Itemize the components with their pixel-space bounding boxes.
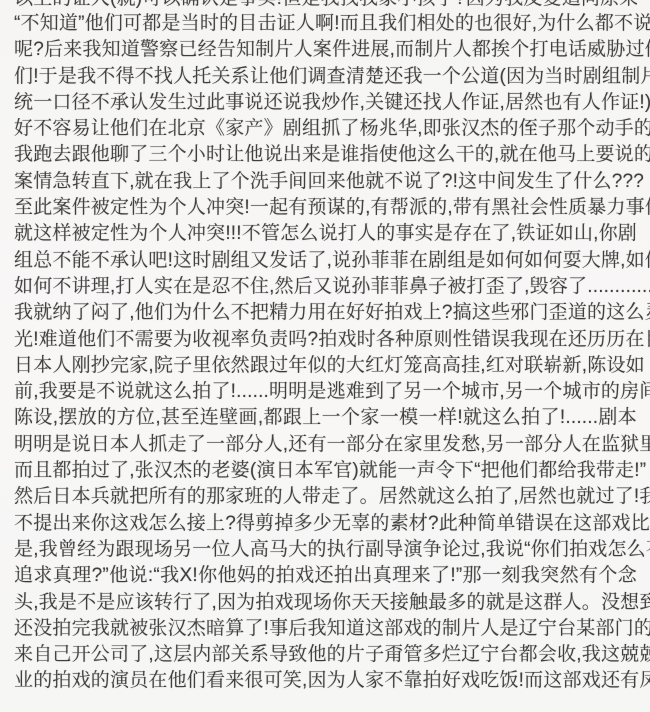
text-line: 就这样被定性为个人冲突!!!不管怎么说打人的事实是存在了,铁证如山,你剧 xyxy=(14,221,637,247)
text-line: 如何不讲理,打人实在是忍不住,然后又说孙菲菲鼻子被打歪了,毁容了........… xyxy=(14,274,637,300)
text-line: 业的拍戏的演员在他们看来很可笑,因为人家不靠拍好戏吃饭!而这部戏还有凤城 xyxy=(14,668,637,694)
text-line: 而且都拍过了,张汉杰的老婆(演日本军官)就能一声令下“把他们都给我带走!” xyxy=(14,458,637,484)
text-line: “不知道”他们可都是当时的目击证人啊!而且我们相处的也很好,为什么都不说 xyxy=(14,11,637,37)
text-line: 日本人刚抄完家,院子里依然跟过年似的大红灯笼高高挂,红对联崭新,陈设如 xyxy=(14,353,637,379)
text-line: 来自己开公司了,这层内部关系导致他的片子甭管多烂辽宁台都会收,我这兢兢业 xyxy=(14,642,637,668)
text-line: 追求真理?”他说:“我X!你他妈的拍戏还拍出真理来了!”那一刻我突然有个念 xyxy=(14,563,637,589)
text-line: 呢?后来我知道警察已经告知制片人案件进展,而制片人都挨个打电话威胁过他 xyxy=(14,37,637,63)
text-line: 案情急转直下,就在我上了个洗手间回来他就不说了?!这中间发生了什么??? xyxy=(14,169,637,195)
text-line: 陈设,摆放的方位,甚至连壁画,都跟上一个家一模一样!就这么拍了!......剧本 xyxy=(14,405,637,431)
text-line: 以上的证人(就)可以确认是事实!但是我找我家小孩子?因为我反复追问原来每一个人都… xyxy=(14,0,637,11)
text-line: 组总不能不承认吧!这时剧组又发话了,说孙菲菲在剧组是如何如何耍大牌,如何 xyxy=(14,248,637,274)
clipped-first-line: 以上的证人(就)可以确认是事实!但是我找我家小孩子?因为我反复追问原来每一个人都… xyxy=(14,0,637,11)
text-line: 统一口径不承认发生过此事说还说我炒作,关键还找人作证,居然也有人作证!) xyxy=(14,90,637,116)
text-line: 我跑去跟他聊了三个小时让他说出来是谁指使他这么干的,就在他马上要说的时候 xyxy=(14,142,637,168)
text-line: 明明是说日本人抓走了一部分人,还有一部分在家里发愁,另一部分人在监狱里, xyxy=(14,432,637,458)
text-line: 们!于是我不得不找人托关系让他们调查清楚还我一个公道(因为当时剧组制片人 xyxy=(14,64,637,90)
text-line: 至此案件被定性为个人冲突!一起有预谋的,有帮派的,带有黑社会性质暴力事件 xyxy=(14,195,637,221)
article-text: 以上的证人(就)可以确认是事实!但是我找我家小孩子?因为我反复追问原来每一个人都… xyxy=(0,0,650,712)
text-line: 是,我曾经为跟现场另一位人高马大的执行副导演争论过,我说“你们拍戏怎么不 xyxy=(14,537,637,563)
text-line: 光!难道他们不需要为收视率负责吗?拍戏时各种原则性错误我现在还历历在目, xyxy=(14,327,637,353)
text-line: 我就纳了闷了,他们为什么不把精力用在好好拍戏上?搞这些邪门歪道的这么灵 xyxy=(14,300,637,326)
text-line: 还没拍完我就被张汉杰暗算了!事后我知道这部戏的制片人是辽宁台某部门的头出 xyxy=(14,616,637,642)
text-line: 好不容易让他们在北京《家产》剧组抓了杨兆华,即张汉杰的侄子那个动手的人, xyxy=(14,116,637,142)
text-line: 然后日本兵就把所有的那家班的人带走了。居然就这么拍了,居然也就过了!我要 xyxy=(14,484,637,510)
text-line: 头,我是不是应该转行了,因为拍戏现场你天天接触最多的就是这群人。没想到戏 xyxy=(14,590,637,616)
text-line: 前,我要是不说就这么拍了!......明明是逃难到了另一个城市,另一个城市的房间 xyxy=(14,379,637,405)
text-line: 不提出来你这戏怎么接上?得剪掉多少无辜的素材?此种简单错误在这部戏比比皆 xyxy=(14,511,637,537)
